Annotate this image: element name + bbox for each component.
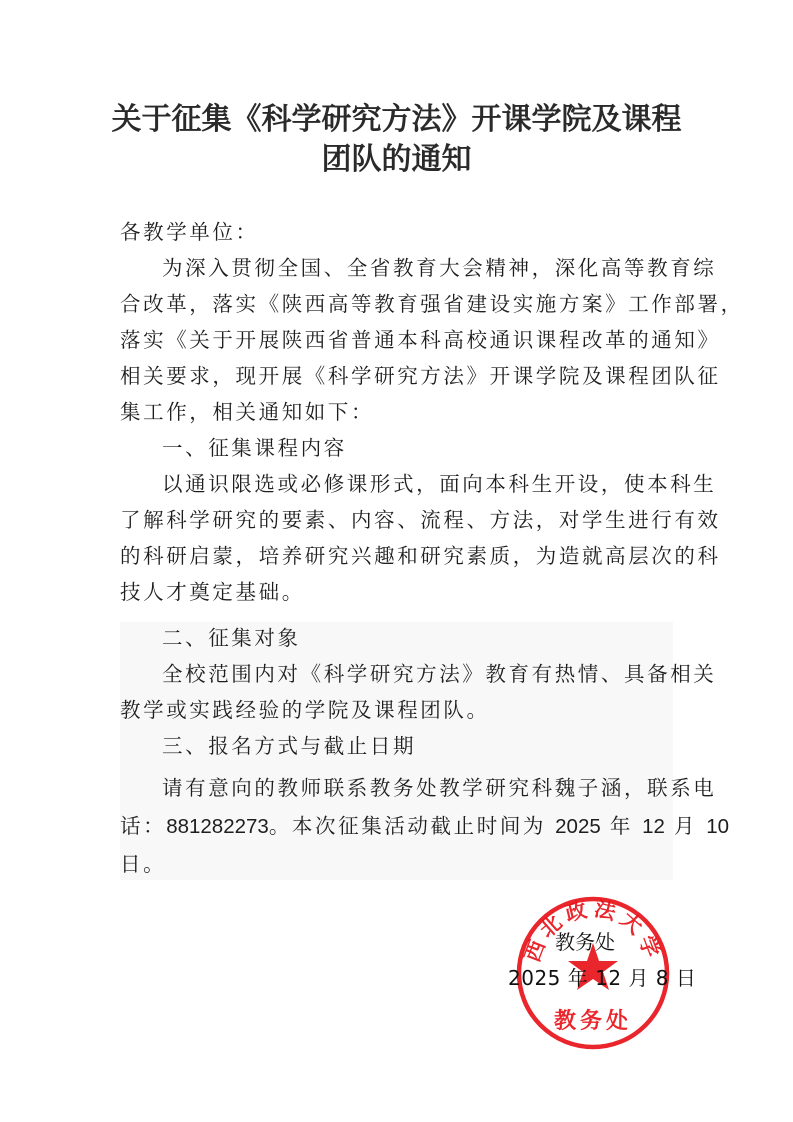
phone-number: 881282273 — [166, 815, 269, 838]
document-page: 关于征集《科学研究方法》开课学院及课程 团队的通知 各教学单位： 为深入贯彻全国… — [0, 0, 793, 1122]
section-1-line-1: 以通识限选或必修课形式，面向本科生开设，使本科生 — [162, 470, 716, 498]
salutation: 各教学单位： — [120, 218, 259, 246]
section-1-line-4: 技人才奠定基础。 — [120, 578, 305, 606]
intro-line-5: 集工作，相关通知如下： — [120, 398, 374, 426]
section-3-line-3: 日。 — [120, 850, 166, 878]
svg-text:教务处: 教务处 — [554, 1008, 632, 1034]
section-3-line-1: 请有意向的教师联系教务处教学研究科魏子涵，联系电 — [162, 774, 716, 802]
section-3-heading: 三、报名方式与截止日期 — [162, 732, 416, 760]
phone-label: 话： — [120, 814, 166, 838]
document-title-line-2: 团队的通知 — [100, 140, 693, 180]
section-2-line-1: 全校范围内对《科学研究方法》教育有热情、具备相关 — [162, 660, 716, 688]
section-1-line-2: 了解科学研究的要素、内容、流程、方法，对学生进行有效 — [120, 506, 721, 534]
intro-line-4: 相关要求，现开展《科学研究方法》开课学院及课程团队征 — [120, 362, 721, 390]
signature-office: 教务处 — [555, 926, 615, 955]
deadline-year: 2025 — [555, 815, 601, 838]
section-2-line-2: 教学或实践经验的学院及课程团队。 — [120, 696, 490, 724]
section-2-heading: 二、征集对象 — [162, 624, 301, 652]
month-unit: 月 — [665, 814, 706, 838]
intro-line-3: 落实《关于开展陕西省普通本科高校通识课程改革的通知》 — [120, 326, 721, 354]
intro-line-2: 合改革，落实《陕西高等教育强省建设实施方案》工作部署， — [120, 290, 744, 318]
deadline-month: 12 — [642, 815, 665, 838]
signature-date: 2025 年 12 月 8 日 — [508, 962, 696, 991]
section-1-heading: 一、征集课程内容 — [162, 434, 347, 462]
section-1-line-3: 的科研启蒙，培养研究兴趣和研究素质，为造就高层次的科 — [120, 542, 721, 570]
section-3-line-2: 话：881282273。本次征集活动截止时间为 2025 年 12 月 10 — [120, 812, 729, 841]
intro-line-1: 为深入贯彻全国、全省教育大会精神，深化高等教育综 — [162, 254, 716, 282]
year-unit: 年 — [601, 814, 642, 838]
deadline-text: 。本次征集活动截止时间为 — [269, 814, 555, 838]
document-title-line-1: 关于征集《科学研究方法》开课学院及课程 — [100, 100, 693, 140]
deadline-day: 10 — [706, 815, 729, 838]
